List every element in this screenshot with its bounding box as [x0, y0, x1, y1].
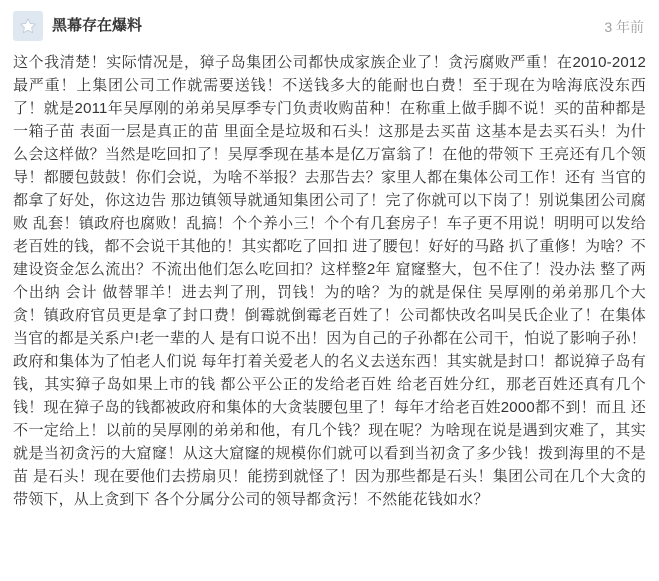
star-icon: [18, 16, 38, 36]
comment-post: 黑幕存在爆料 3 年前 这个我清楚！实际情况是，獐子岛集团公司都快成家族企业了！…: [0, 0, 659, 581]
avatar[interactable]: [13, 11, 43, 41]
post-timestamp: 3 年前: [604, 16, 644, 38]
author-name[interactable]: 黑幕存在爆料: [52, 11, 142, 41]
post-body-text: 这个我清楚！实际情况是，獐子岛集团公司都快成家族企业了！贪污腐败严重！在2010…: [13, 51, 646, 511]
post-header: 黑幕存在爆料 3 年前: [13, 8, 646, 44]
